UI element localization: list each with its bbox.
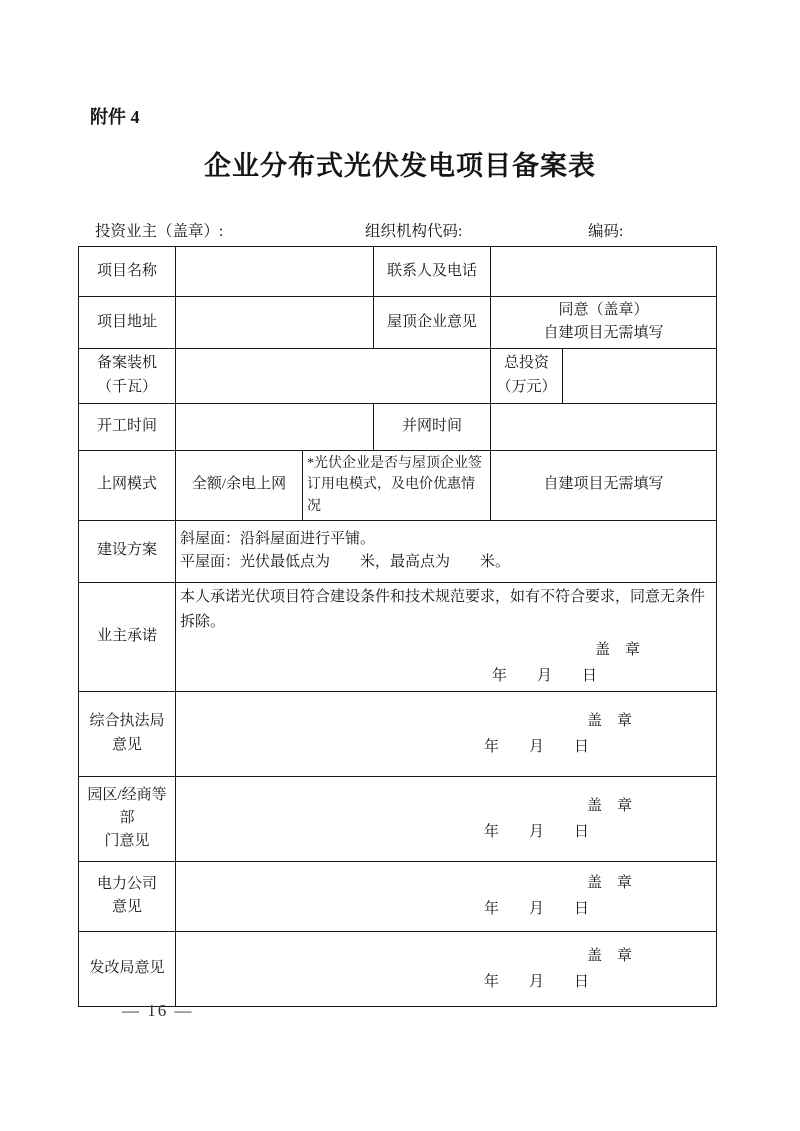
filing-form-table: 项目名称 联系人及电话 项目地址 屋顶企业意见 同意（盖章） 自建项目无需填写 … xyxy=(78,246,717,1007)
enforcement-opinion-content: 盖 章 年 月 日 xyxy=(176,691,717,776)
grid-time-label: 并网时间 xyxy=(374,403,491,450)
stamp-block-power-company: 盖 章 年 月 日 xyxy=(180,870,712,922)
stamp-seal-label: 盖 章 xyxy=(587,793,632,819)
power-company-opinion-label: 电力公司 意见 xyxy=(79,861,176,931)
grid-mode-value: 全额/余电上网 xyxy=(176,450,303,520)
roof-opinion-value-line1: 同意（盖章） xyxy=(495,299,712,322)
document-page: 附件 4 企业分布式光伏发电项目备案表 投资业主（盖章）: 组织机构代码: 编码… xyxy=(0,0,800,1131)
grid-mode-note-line1: *光伏企业是否与屋顶企业签 xyxy=(307,453,486,475)
construction-plan-label: 建设方案 xyxy=(79,520,176,582)
row-times: 开工时间 并网时间 xyxy=(79,403,717,450)
grid-mode-label: 上网模式 xyxy=(79,450,176,520)
investment-label-line2: （万元） xyxy=(495,376,558,399)
start-time-value xyxy=(176,403,374,450)
enforcement-opinion-label: 综合执法局 意见 xyxy=(79,691,176,776)
project-address-label: 项目地址 xyxy=(79,297,176,349)
stamp-block-drc: 盖 章 年 月 日 xyxy=(180,943,712,995)
project-address-value xyxy=(176,297,374,349)
grid-mode-right-value: 自建项目无需填写 xyxy=(491,450,717,520)
construction-plan-content: 斜屋面：沿斜屋面进行平铺。 平屋面：光伏最低点为 米，最高点为 米。 xyxy=(176,520,717,582)
park-opinion-label-line2: 门意见 xyxy=(83,830,171,853)
owner-promise-label: 业主承诺 xyxy=(79,582,176,691)
drc-opinion-label: 发改局意见 xyxy=(79,931,176,1006)
construction-plan-line2: 平屋面：光伏最低点为 米，最高点为 米。 xyxy=(180,551,712,574)
roof-opinion-value-line2: 自建项目无需填写 xyxy=(495,322,712,345)
stamp-block-owner: 盖 章 年 月 日 xyxy=(180,637,712,689)
stamp-date-label: 年 月 日 xyxy=(484,819,632,845)
park-opinion-content: 盖 章 年 月 日 xyxy=(176,776,717,861)
project-name-label: 项目名称 xyxy=(79,247,176,297)
power-company-opinion-label-line2: 意见 xyxy=(83,896,171,919)
start-time-label: 开工时间 xyxy=(79,403,176,450)
capacity-label-line2: （千瓦） xyxy=(83,376,171,399)
attachment-label: 附件 4 xyxy=(90,103,140,129)
construction-plan-line1: 斜屋面：沿斜屋面进行平铺。 xyxy=(180,528,712,551)
row-park-opinion: 园区/经商等部 门意见 盖 章 年 月 日 xyxy=(79,776,717,861)
row-enforcement-opinion: 综合执法局 意见 盖 章 年 月 日 xyxy=(79,691,717,776)
row-drc-opinion: 发改局意见 盖 章 年 月 日 xyxy=(79,931,717,1006)
investment-label: 总投资 （万元） xyxy=(491,348,563,403)
row-project-name: 项目名称 联系人及电话 xyxy=(79,247,717,297)
stamp-seal-label: 盖 章 xyxy=(595,637,640,663)
grid-mode-note: *光伏企业是否与屋顶企业签 订用电模式，及电价优惠情况 xyxy=(303,450,491,520)
stamp-seal-label: 盖 章 xyxy=(587,943,632,969)
capacity-label-line1: 备案装机 xyxy=(83,352,171,375)
stamp-block-enforcement: 盖 章 年 月 日 xyxy=(180,708,712,760)
roof-opinion-value: 同意（盖章） 自建项目无需填写 xyxy=(491,297,717,349)
investment-label-line1: 总投资 xyxy=(495,352,558,375)
row-construction-plan: 建设方案 斜屋面：沿斜屋面进行平铺。 平屋面：光伏最低点为 米，最高点为 米。 xyxy=(79,520,717,582)
grid-time-value xyxy=(491,403,717,450)
row-grid-mode: 上网模式 全额/余电上网 *光伏企业是否与屋顶企业签 订用电模式，及电价优惠情况… xyxy=(79,450,717,520)
stamp-date-label: 年 月 日 xyxy=(484,896,632,922)
capacity-value xyxy=(176,348,491,403)
enforcement-opinion-label-line2: 意见 xyxy=(83,734,171,757)
stamp-block-park: 盖 章 年 月 日 xyxy=(180,793,712,845)
owner-promise-content: 本人承诺光伏项目符合建设条件和技术规范要求，如有不符合要求，同意无条件拆除。 盖… xyxy=(176,582,717,691)
page-title: 企业分布式光伏发电项目备案表 xyxy=(0,144,800,183)
capacity-label: 备案装机 （千瓦） xyxy=(79,348,176,403)
park-opinion-label: 园区/经商等部 门意见 xyxy=(79,776,176,861)
enforcement-opinion-label-line1: 综合执法局 xyxy=(83,710,171,733)
investor-label: 投资业主（盖章）: xyxy=(95,219,223,241)
row-owner-promise: 业主承诺 本人承诺光伏项目符合建设条件和技术规范要求，如有不符合要求，同意无条件… xyxy=(79,582,717,691)
power-company-opinion-content: 盖 章 年 月 日 xyxy=(176,861,717,931)
roof-opinion-label: 屋顶企业意见 xyxy=(374,297,491,349)
code-label: 编码: xyxy=(588,219,623,241)
owner-promise-text: 本人承诺光伏项目符合建设条件和技术规范要求，如有不符合要求，同意无条件拆除。 xyxy=(180,585,712,635)
org-code-label: 组织机构代码: xyxy=(365,219,462,241)
row-capacity: 备案装机 （千瓦） 总投资 （万元） xyxy=(79,348,717,403)
drc-opinion-content: 盖 章 年 月 日 xyxy=(176,931,717,1006)
grid-mode-note-line2: 订用电模式，及电价优惠情况 xyxy=(307,474,486,517)
stamp-date-label: 年 月 日 xyxy=(484,734,632,760)
contact-label: 联系人及电话 xyxy=(374,247,491,297)
park-opinion-label-line1: 园区/经商等部 xyxy=(83,784,171,831)
stamp-seal-label: 盖 章 xyxy=(587,870,632,896)
row-project-address: 项目地址 屋顶企业意见 同意（盖章） 自建项目无需填写 xyxy=(79,297,717,349)
row-power-company-opinion: 电力公司 意见 盖 章 年 月 日 xyxy=(79,861,717,931)
page-number: — 16 — xyxy=(122,1001,194,1021)
contact-value xyxy=(491,247,717,297)
stamp-seal-label: 盖 章 xyxy=(587,708,632,734)
stamp-date-label: 年 月 日 xyxy=(484,969,632,995)
power-company-opinion-label-line1: 电力公司 xyxy=(83,873,171,896)
stamp-date-label: 年 月 日 xyxy=(492,663,640,689)
investment-value xyxy=(563,348,717,403)
project-name-value xyxy=(176,247,374,297)
